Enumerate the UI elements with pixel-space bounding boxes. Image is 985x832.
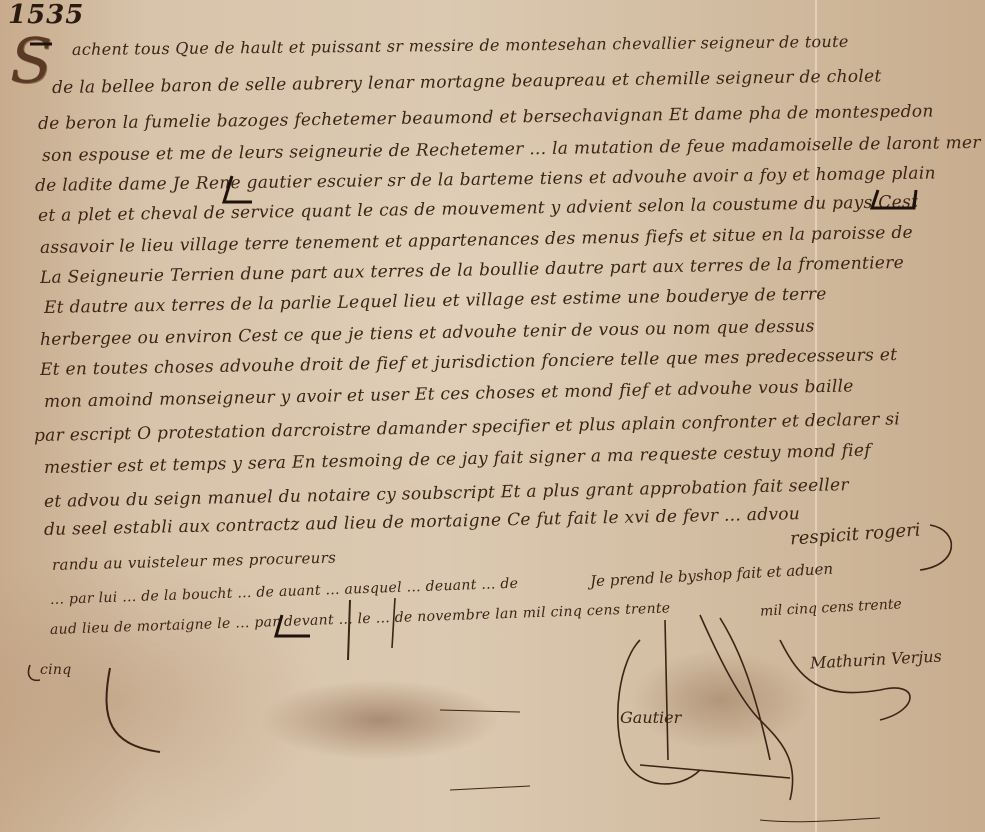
text-line-14: mestier est et temps y sera En tesmoing … [44,441,871,478]
text-line-7: assavoir le lieu village terre tenement … [40,223,913,258]
text-line-4: son espouse et me de leurs seigneurie de… [42,133,981,166]
text-line-12: mon amoind monseigneur y avoir et user E… [44,376,854,412]
text-line-1: achent tous Que de hault et puissant sr … [72,32,849,59]
text-line-5: de ladite dame Je Rene gautier escuier s… [35,163,936,196]
margin-annotation: respicit rogeri [789,519,921,549]
text-line-19: aud lieu de mortaigne le ... par devant … [50,600,671,638]
right-annotation-line-1: Je prend le byshop fait et aduen [590,560,834,591]
text-line-18: ... par lui ... de la boucht ... de auan… [50,576,519,608]
notary-signature-2: Mathurin Verjus [810,647,943,673]
manuscript-page: 1535 S achent tous Que de hault et puiss… [0,0,985,832]
right-annotation-line-2: mil cinq cens trente [760,596,902,619]
notary-signature-1: Gautier [620,708,681,727]
text-line-6: et a plet et cheval de service quant le … [38,192,918,226]
text-line-17: randu au vuisteleur mes procureurs [52,549,337,574]
text-line-8: La Seigneurie Terrien dune part aux terr… [40,253,904,288]
text-line-3: de beron la fumelie bazoges fechetemer b… [38,101,934,134]
text-line-20: cinq [40,662,72,678]
text-line-9: Et dautre aux terres de la parlie Lequel… [44,284,827,318]
decorated-initial: S [10,30,52,92]
text-line-11: Et en toutes choses advouhe droit de fie… [40,345,898,380]
text-line-2: de la bellee baron de selle aubrery lena… [52,66,882,98]
text-line-10: herbergee ou environ Cest ce que je tien… [40,316,815,350]
text-line-13: par escript O protestation darcroistre d… [34,409,900,446]
